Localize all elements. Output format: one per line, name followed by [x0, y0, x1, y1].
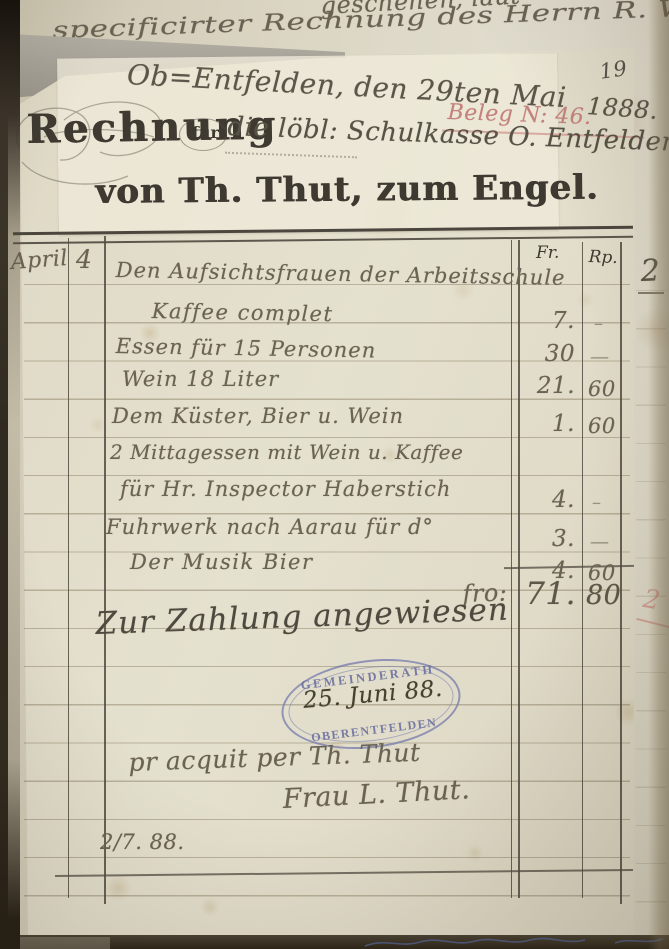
entry-row: für Hr. Inspector Haberstich: [120, 477, 451, 501]
pencil-page-number: 19: [598, 56, 629, 84]
amount-fr: 1.: [505, 411, 575, 437]
entry-row: Dem Küster, Bier u. Wein: [112, 404, 404, 428]
col-line-right: [620, 242, 622, 904]
amount-fr: 21.: [505, 373, 575, 399]
amount-rp: —: [590, 531, 610, 553]
entry-row: Essen für 15 Personen: [116, 334, 377, 363]
entry-row: Kaffee complet: [152, 299, 334, 326]
total-rp: 80: [586, 580, 621, 611]
amount-fr: 4.: [505, 487, 575, 513]
right-page-crease: [648, 0, 669, 949]
amount-rp: 60: [588, 377, 616, 401]
col-line-month: [68, 238, 69, 898]
entry-row: 2 Mittagessen mit Wein u. Kaffee: [110, 440, 463, 464]
entry-row: Wein 18 Liter: [122, 367, 279, 391]
col-line-fr-rp: [582, 242, 583, 898]
amount-rp: –: [592, 492, 602, 513]
document-photo: geschehen, laut specificirter Rechnung d…: [0, 0, 669, 949]
blue-ink-scribble: [360, 934, 669, 949]
amount-rp: —: [590, 346, 610, 368]
amount-fr: 3.: [505, 526, 575, 552]
entry-row: Fuhrwerk nach Aarau für d°: [106, 515, 434, 539]
amount-rp: –: [594, 313, 604, 334]
amount-fr: 7.: [505, 308, 575, 334]
column-header-fr: Fr.: [536, 243, 559, 263]
amount-rp: 60: [588, 414, 616, 438]
col-line-day: [104, 236, 106, 904]
total-fr: 71.: [498, 576, 576, 612]
entry-row: Der Musik Bier: [130, 550, 314, 574]
entry-day: 4: [76, 245, 92, 274]
column-header-rp: Rp.: [588, 247, 618, 268]
receipt-date: 2/7. 88.: [100, 830, 185, 854]
book-spine-shadow: [0, 0, 20, 949]
fuer-label: für: [192, 123, 219, 142]
amount-fr: 30: [505, 341, 575, 367]
invoice-issuer: von Th. Thut, zum Engel.: [95, 168, 585, 212]
